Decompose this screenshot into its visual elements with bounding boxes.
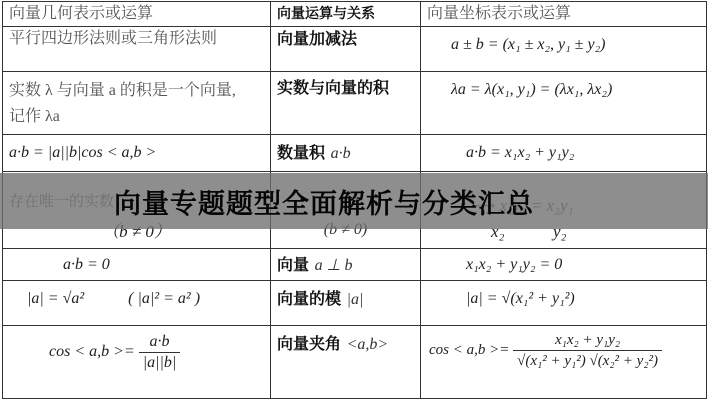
table-header-row: 向量几何表示或运算 向量运算与关系 向量坐标表示或运算	[3, 2, 707, 27]
header-geometric: 向量几何表示或运算	[3, 2, 271, 27]
cell-coordinate: |a| = √(x₁² + y₁²)	[421, 281, 707, 326]
operation-math: <a,b>	[347, 336, 389, 353]
geometric-prefix: cos < a,b >=	[49, 343, 135, 360]
operation-label: 数量积	[277, 143, 325, 162]
table-row: a·b = |a||b|cos < a,b > 数量积 a·b a·b = x₁…	[3, 134, 707, 171]
coordinate-fraction: x₁x₂ + y₁y₂ √(x₁² + y₁²) √(x₂² + y₂²)	[513, 330, 662, 371]
table-row: 实数 λ 与向量 a 的积是一个向量, 记作 λa 实数与向量的积 λa = λ…	[3, 72, 707, 135]
operation-math: a ⊥ b	[315, 257, 353, 274]
cell-coordinate: a ± b = (x₁ ± x₂, y₁ ± y₂)	[421, 27, 707, 72]
fraction-denominator: |a||b|	[139, 353, 181, 373]
fraction-numerator: a·b	[139, 332, 181, 353]
cell-geometric: cos < a,b >= a·b |a||b|	[3, 325, 271, 398]
header-coordinate: 向量坐标表示或运算	[421, 2, 707, 27]
cell-operation: 向量 a ⊥ b	[271, 248, 421, 280]
fraction-numerator: x₁x₂ + y₁y₂	[513, 330, 662, 351]
operation-label: 向量	[277, 255, 309, 274]
cell-geometric: a·b = 0	[3, 248, 271, 280]
cell-operation: 向量夹角 <a,b>	[271, 325, 421, 398]
cell-geometric: a·b = |a||b|cos < a,b >	[3, 134, 271, 171]
table-row: a·b = 0 向量 a ⊥ b x₁x₂ + y₁y₂ = 0	[3, 248, 707, 280]
header-operation: 向量运算与关系	[271, 2, 421, 27]
coordinate-prefix: cos < a,b >=	[429, 342, 509, 358]
cell-coordinate: cos < a,b >= x₁x₂ + y₁y₂ √(x₁² + y₁²) √(…	[421, 325, 707, 398]
cell-geometric: 实数 λ 与向量 a 的积是一个向量, 记作 λa	[3, 72, 271, 135]
cell-geometric: |a| = √a² ( |a|² = a² )	[3, 281, 271, 326]
cell-operation: 向量的模 |a|	[271, 281, 421, 326]
operation-math: |a|	[347, 291, 364, 308]
cell-operation: 数量积 a·b	[271, 134, 421, 171]
geometric-line-2: 记作 λa	[9, 104, 264, 130]
table-row: cos < a,b >= a·b |a||b| 向量夹角 <a,b> cos <…	[3, 325, 707, 398]
cell-coordinate: a·b = x₁x₂ + y₁y₂	[421, 134, 707, 171]
cell-geometric: 平行四边形法则或三角形法则	[3, 27, 271, 72]
cell-operation: 实数与向量的积	[271, 72, 421, 135]
geometric-formula: |a| = √a²	[27, 290, 84, 307]
cell-operation: 向量加减法	[271, 27, 421, 72]
geometric-line-1: 实数 λ 与向量 a 的积是一个向量,	[9, 78, 264, 104]
banner-title: 向量专题题型全面解析与分类汇总	[114, 182, 534, 221]
operation-label: 向量夹角	[277, 334, 341, 353]
cell-coordinate: x₁x₂ + y₁y₂ = 0	[421, 248, 707, 280]
title-banner: 向量专题题型全面解析与分类汇总	[0, 173, 708, 229]
operation-label: 向量的模	[277, 289, 341, 308]
cell-coordinate: λa = λ(x₁, y₁) = (λx₁, λx₂)	[421, 72, 707, 135]
operation-math: a·b	[331, 145, 351, 162]
table-row: 平行四边形法则或三角形法则 向量加减法 a ± b = (x₁ ± x₂, y₁…	[3, 27, 707, 72]
geometric-extra: ( |a|² = a² )	[128, 290, 200, 307]
geometric-fraction: a·b |a||b|	[139, 332, 181, 373]
fraction-denominator: √(x₁² + y₁²) √(x₂² + y₂²)	[513, 351, 662, 371]
table-row: |a| = √a² ( |a|² = a² ) 向量的模 |a| |a| = √…	[3, 281, 707, 326]
